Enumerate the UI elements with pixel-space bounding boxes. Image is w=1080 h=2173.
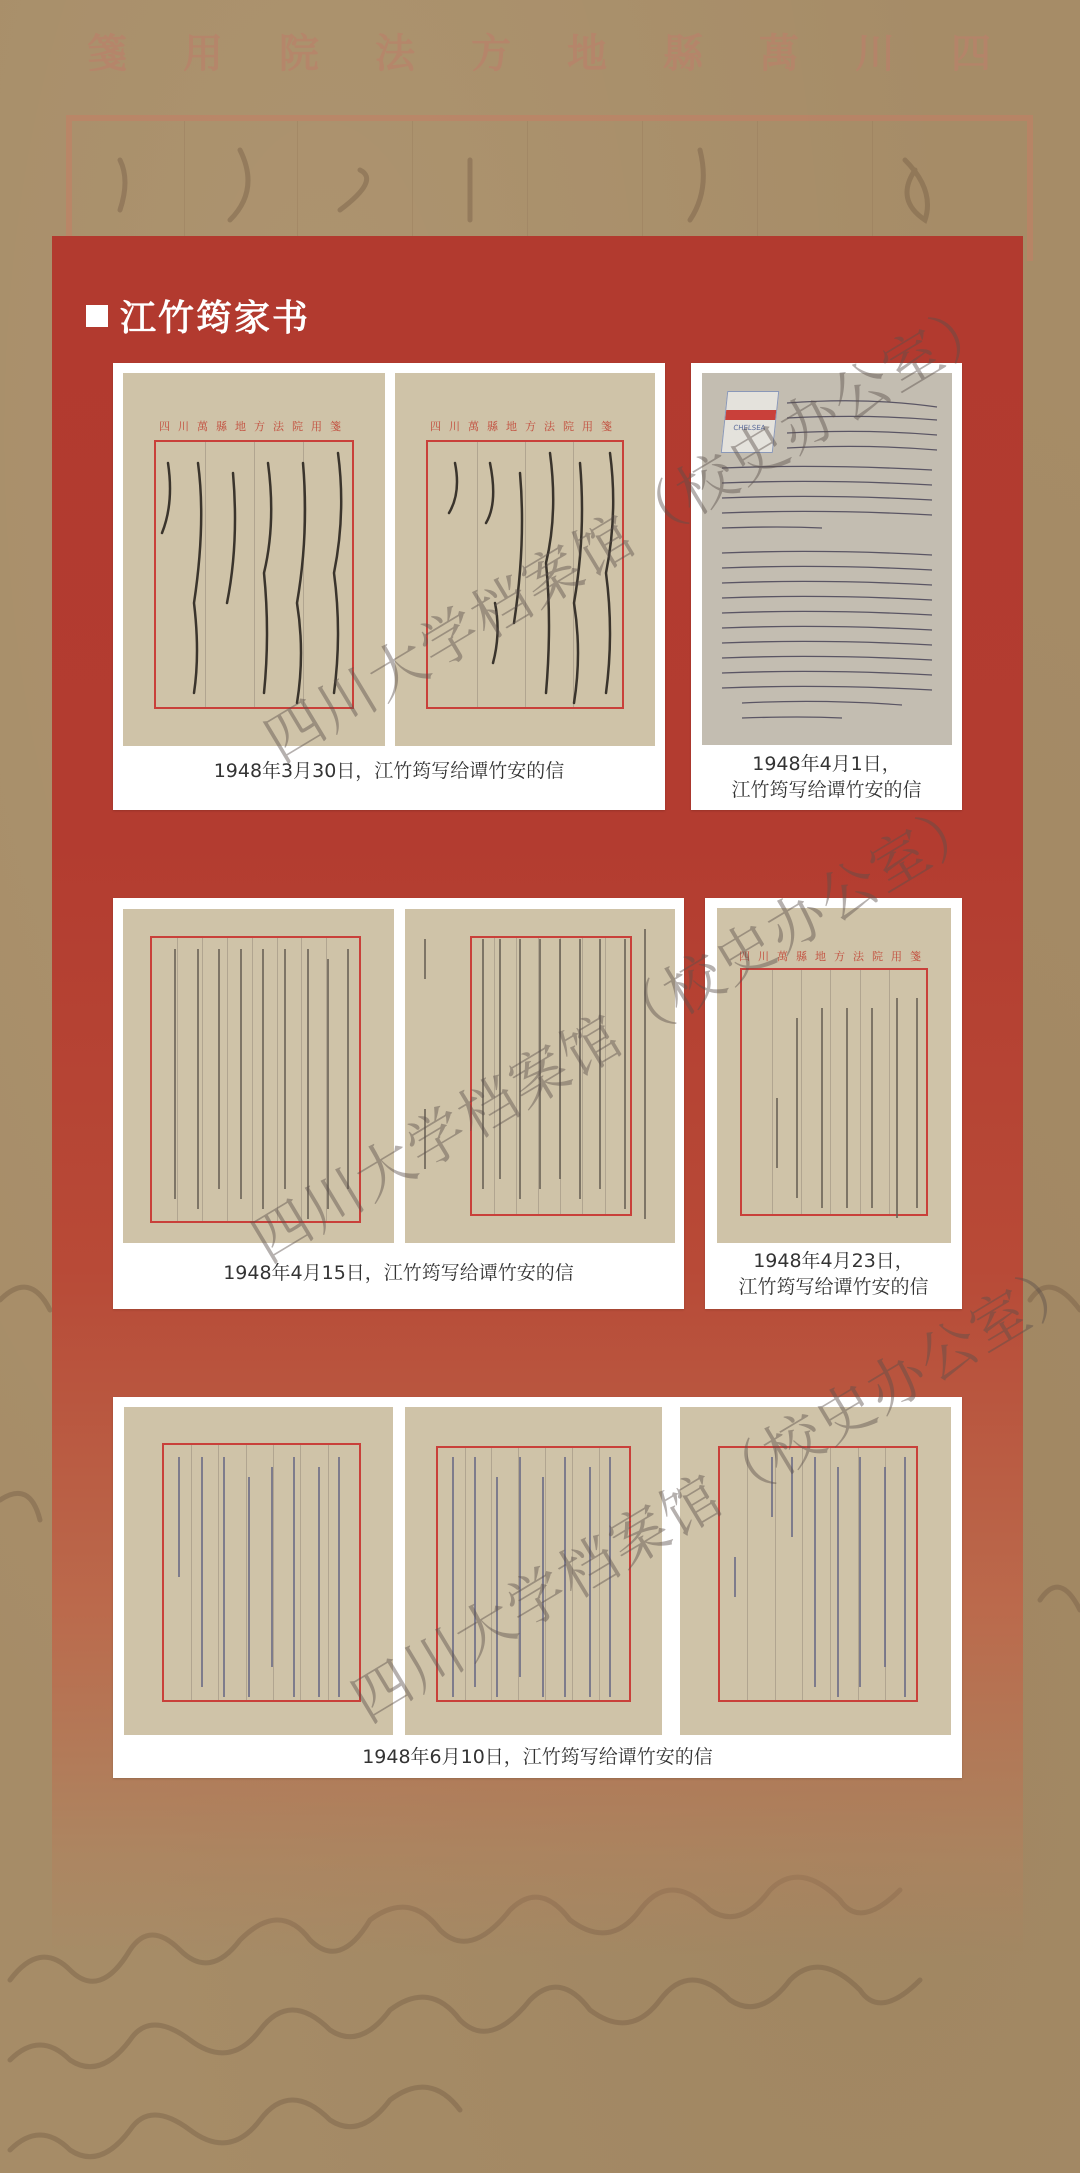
letter-caption: 1948年3月30日，江竹筠写给谭竹安的信 xyxy=(113,758,665,784)
letter-photo[interactable]: CHELSEA xyxy=(702,373,952,745)
letter-card[interactable]: 四川萬縣地方法院用箋 1948年4月23日， 江竹筠写给谭竹安的信 xyxy=(705,898,962,1309)
letter-photo[interactable] xyxy=(680,1407,951,1735)
letter-photo[interactable] xyxy=(405,1407,662,1735)
letter-caption: 1948年6月10日，江竹筠写给谭竹安的信 xyxy=(113,1744,962,1770)
letter-photo[interactable]: 四川萬縣地方法院用箋 xyxy=(395,373,655,746)
letter-photo[interactable] xyxy=(405,909,675,1243)
letter-card[interactable]: 四川萬縣地方法院用箋 四川萬縣地方法院用箋 1948年3月30日，江竹筠写给谭竹… xyxy=(113,363,665,810)
letter-photo[interactable] xyxy=(124,1407,393,1735)
letter-caption-date: 1948年4月1日， xyxy=(691,751,962,777)
letter-caption-title: 江竹筠写给谭竹安的信 xyxy=(691,777,962,803)
letter-card[interactable]: 1948年4月15日，江竹筠写给谭竹安的信 xyxy=(113,898,684,1309)
letter-caption: 1948年4月15日，江竹筠写给谭竹安的信 xyxy=(113,1260,684,1286)
square-bullet-icon xyxy=(86,305,108,327)
letter-caption-title: 江竹筠写给谭竹安的信 xyxy=(705,1274,962,1300)
letter-photo[interactable]: 四川萬縣地方法院用箋 xyxy=(123,373,385,746)
letter-photo[interactable] xyxy=(123,909,394,1243)
letter-card[interactable]: CHELSEA 1948年4月1日， 江竹筠写给谭竹安的信 xyxy=(691,363,962,810)
letter-photo[interactable]: 四川萬縣地方法院用箋 xyxy=(717,908,951,1243)
section-title-text: 江竹筠家书 xyxy=(120,290,310,341)
letter-card[interactable]: 1948年6月10日，江竹筠写给谭竹安的信 xyxy=(113,1397,962,1778)
letter-caption-date: 1948年4月23日， xyxy=(705,1248,962,1274)
section-title: 江竹筠家书 xyxy=(86,290,310,341)
